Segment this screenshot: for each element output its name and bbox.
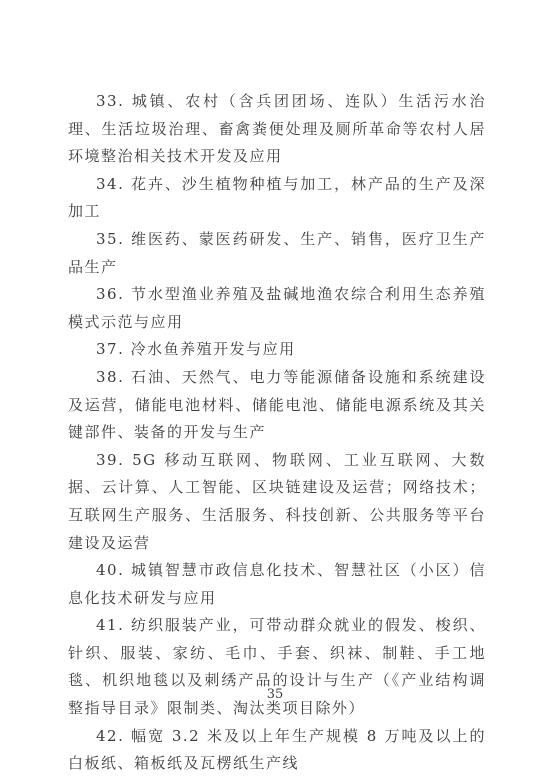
list-item-41: 41. 纺织服装产业，可带动群众就业的假发、梭织、针织、服装、家纺、毛巾、手套、…: [68, 612, 486, 722]
list-item-38: 38. 石油、天然气、电力等能源储备设施和系统建设及运营，储能电池材料、储能电池…: [68, 364, 486, 447]
document-page: 33. 城镇、农村（含兵团团场、连队）生活污水治理、生活垃圾治理、畜禽粪便处理及…: [0, 0, 550, 777]
list-item-34: 34. 花卉、沙生植物种植与加工，林产品的生产及深加工: [68, 171, 486, 226]
list-item-36: 36. 节水型渔业养殖及盐碱地渔农综合利用生态养殖模式示范与应用: [68, 281, 486, 336]
page-number: 35: [0, 687, 550, 702]
list-item-40: 40. 城镇智慧市政信息化技术、智慧社区（小区）信息化技术研发与应用: [68, 557, 486, 612]
list-item-37: 37. 冷水鱼养殖开发与应用: [68, 336, 486, 364]
list-item-39: 39. 5G 移动互联网、物联网、工业互联网、大数据、云计算、人工智能、区块链建…: [68, 447, 486, 557]
list-item-35: 35. 维医药、蒙医药研发、生产、销售，医疗卫生产品生产: [68, 226, 486, 281]
list-item-42: 42. 幅宽 3.2 米及以上年生产规模 8 万吨及以上的白板纸、箱板纸及瓦楞纸…: [68, 723, 486, 777]
document-body: 33. 城镇、农村（含兵团团场、连队）生活污水治理、生活垃圾治理、畜禽粪便处理及…: [68, 88, 486, 777]
list-item-33: 33. 城镇、农村（含兵团团场、连队）生活污水治理、生活垃圾治理、畜禽粪便处理及…: [68, 88, 486, 171]
